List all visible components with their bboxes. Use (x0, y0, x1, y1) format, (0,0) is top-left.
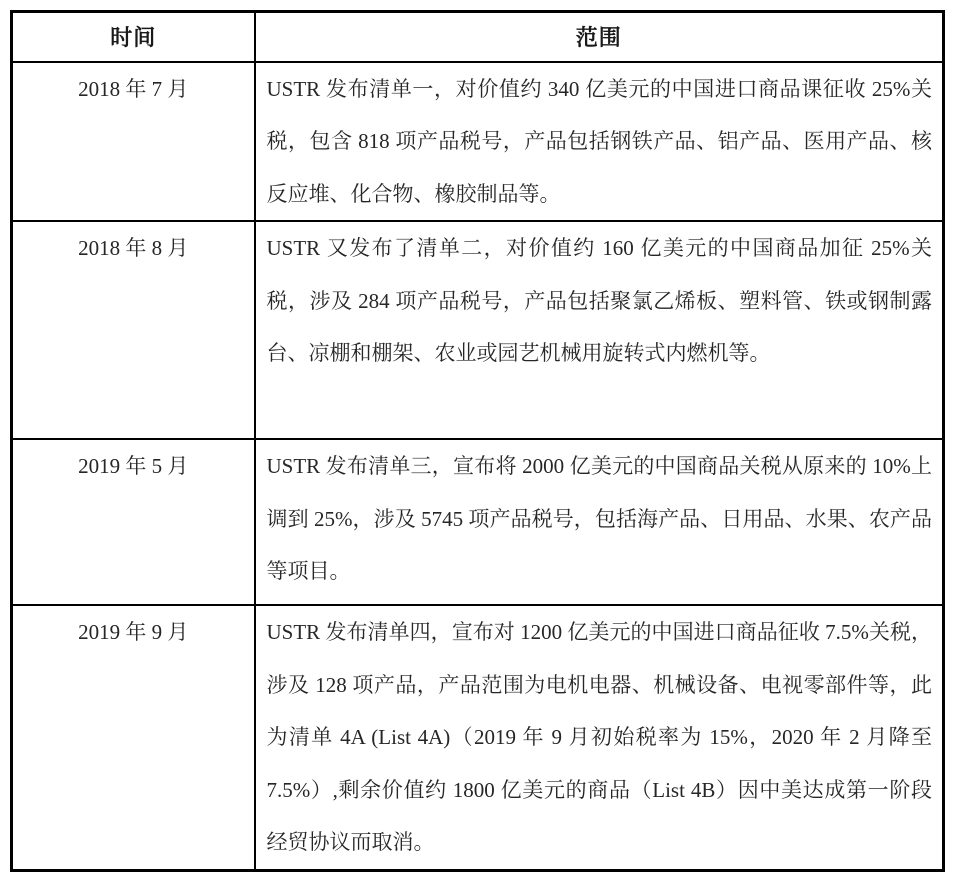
column-header-scope: 范围 (255, 12, 944, 62)
table-row: 2018 年 7 月 USTR 发布清单一，对价值约 340 亿美元的中国进口商… (12, 62, 944, 222)
time-cell: 2019 年 5 月 (12, 439, 255, 605)
scope-cell: USTR 发布清单一，对价值约 340 亿美元的中国进口商品课征收 25%关税，… (255, 62, 944, 222)
column-header-time: 时间 (12, 12, 255, 62)
table-row: 2019 年 9 月 USTR 发布清单四，宣布对 1200 亿美元的中国进口商… (12, 605, 944, 870)
time-cell: 2018 年 7 月 (12, 62, 255, 222)
time-cell: 2018 年 8 月 (12, 221, 255, 439)
table-row: 2018 年 8 月 USTR 又发布了清单二，对价值约 160 亿美元的中国商… (12, 221, 944, 439)
table-row: 2019 年 5 月 USTR 发布清单三，宣布将 2000 亿美元的中国商品关… (12, 439, 944, 605)
scope-cell: USTR 发布清单三，宣布将 2000 亿美元的中国商品关税从原来的 10%上调… (255, 439, 944, 605)
scope-cell: USTR 又发布了清单二，对价值约 160 亿美元的中国商品加征 25%关税，涉… (255, 221, 944, 439)
tariff-timeline-table: 时间 范围 2018 年 7 月 USTR 发布清单一，对价值约 340 亿美元… (10, 10, 945, 872)
header-row: 时间 范围 (12, 12, 944, 62)
document-page: 时间 范围 2018 年 7 月 USTR 发布清单一，对价值约 340 亿美元… (0, 0, 958, 877)
scope-cell: USTR 发布清单四，宣布对 1200 亿美元的中国进口商品征收 7.5%关税，… (255, 605, 944, 870)
time-cell: 2019 年 9 月 (12, 605, 255, 870)
